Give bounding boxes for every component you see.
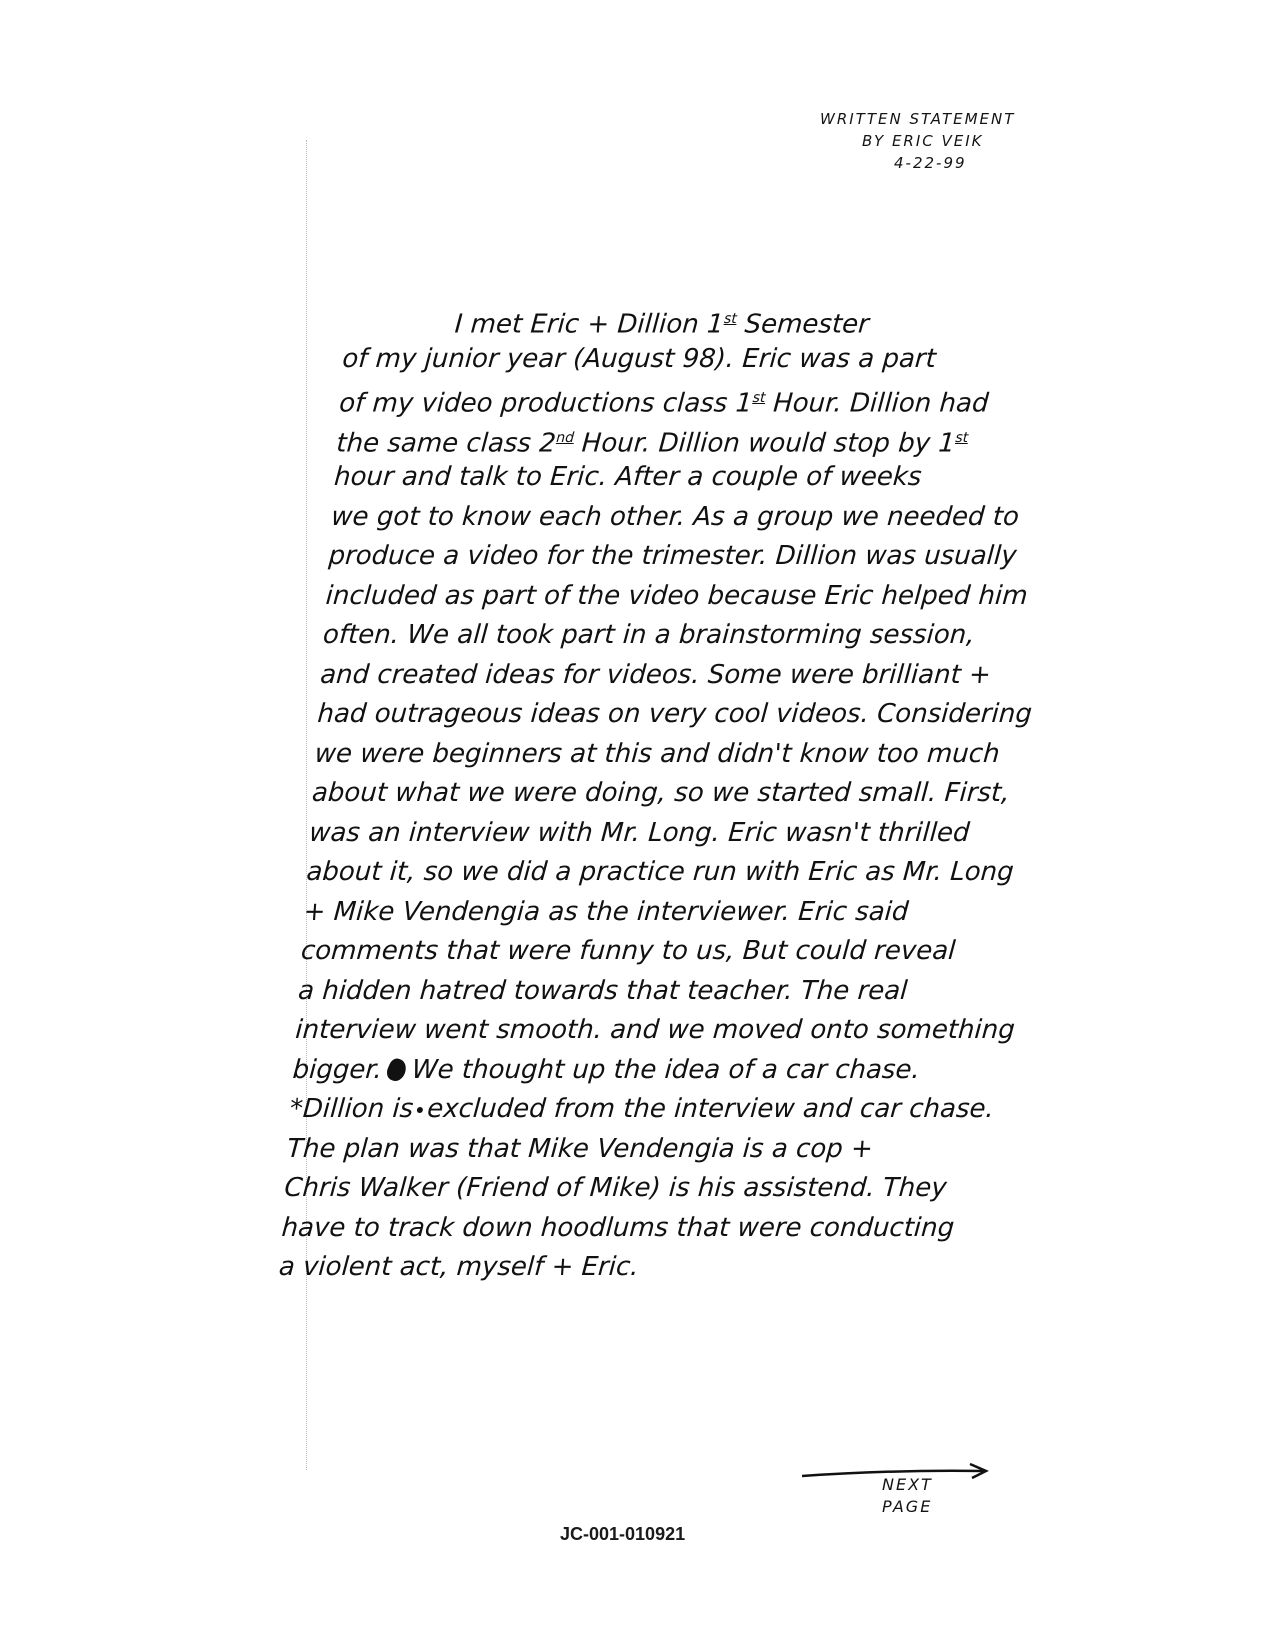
handwritten-statement-body: I met Eric + Dillion 1st Semester of my … [277,300,1066,1288]
statement-line: included as part of the video because Er… [324,577,1047,617]
statement-line: of my video productions class 1st Hour. … [338,379,1061,419]
statement-line: and created ideas for videos. Some were … [319,656,1042,696]
statement-line: hour and talk to Eric. After a couple of… [333,458,1056,498]
next-label: NEXT [882,1474,933,1496]
line-text: the same class 2 [335,428,556,458]
next-page-note: NEXT PAGE [882,1474,933,1518]
statement-line: a violent act, myself + Eric. [277,1248,1000,1288]
document-page: WRITTEN STATEMENT BY ERIC VEIK 4-22-99 I… [0,0,1275,1650]
header-author: BY ERIC VEIK [862,130,1060,152]
bates-number: JC-001-010921 [560,1524,840,1545]
statement-line: the same class 2nd Hour. Dillion would s… [335,419,1058,459]
statement-line: of my junior year (August 98). Eric was … [341,340,1064,380]
line-text: Semester [735,310,870,340]
line-text: Hour. Dillion had [764,389,990,419]
statement-line: *Dillion isexcluded from the interview a… [289,1090,1012,1130]
line-text: Hour. Dillion would stop by 1 [573,428,956,458]
statement-line: about what we were doing, so we started … [311,774,1034,814]
ink-dot [417,1107,423,1113]
header-title: WRITTEN STATEMENT [820,108,1060,130]
statement-line: have to track down hoodlums that were co… [280,1209,1003,1249]
statement-line: about it, so we did a practice run with … [305,853,1028,893]
statement-header: WRITTEN STATEMENT BY ERIC VEIK 4-22-99 [820,108,1060,174]
statement-line: comments that were funny to us, But coul… [300,932,1023,972]
statement-line: + Mike Vendengia as the interviewer. Eri… [302,893,1025,933]
superscript: st [752,390,766,406]
statement-line: we got to know each other. As a group we… [330,498,1053,538]
statement-line: a hidden hatred towards that teacher. Th… [297,972,1020,1012]
page-label: PAGE [882,1496,933,1518]
superscript: st [955,430,969,446]
statement-line: bigger.We thought up the idea of a car c… [291,1051,1014,1091]
statement-line: had outrageous ideas on very cool videos… [316,695,1039,735]
statement-line: Chris Walker (Friend of Mike) is his ass… [283,1169,1006,1209]
statement-line: often. We all took part in a brainstormi… [322,616,1045,656]
line-text: We thought up the idea of a car chase. [411,1055,921,1085]
statement-line: I met Eric + Dillion 1st Semester [344,300,1067,340]
line-text: bigger. [292,1055,383,1085]
superscript: nd [556,430,575,446]
statement-line: produce a video for the trimester. Dilli… [327,537,1050,577]
ink-blot-redaction [384,1056,409,1083]
line-text: of my video productions class 1 [338,389,753,419]
line-text: excluded from the interview and car chas… [426,1094,995,1124]
header-date: 4-22-99 [894,152,1060,174]
line-text: *Dillion is [289,1094,414,1124]
statement-line: The plan was that Mike Vendengia is a co… [286,1130,1009,1170]
superscript: st [723,311,737,327]
statement-line: interview went smooth. and we moved onto… [294,1011,1017,1051]
statement-line: we were beginners at this and didn't kno… [313,735,1036,775]
line-text: I met Eric + Dillion 1 [454,310,725,340]
statement-line: was an interview with Mr. Long. Eric was… [308,814,1031,854]
